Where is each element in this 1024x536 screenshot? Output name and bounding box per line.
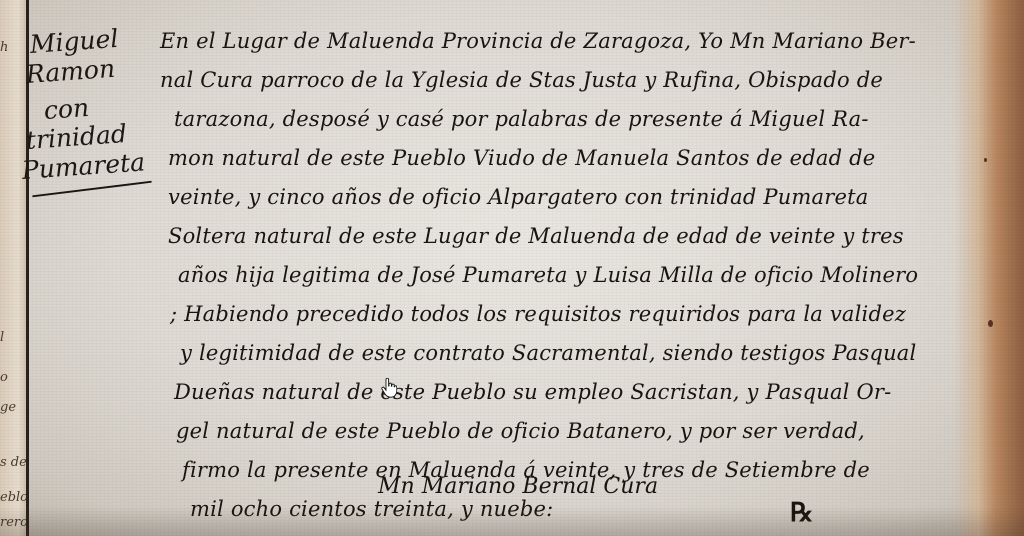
- prev-page-fragment: o: [0, 370, 8, 385]
- prev-page-fragment: h: [0, 40, 8, 55]
- record-line: Soltera natural de este Lugar de Maluend…: [160, 217, 980, 256]
- manuscript-photo: h l o ge s de eblo rero Miguel Ramon con…: [0, 0, 1024, 536]
- record-line: ; Habiendo precedido todos los requisito…: [160, 295, 980, 334]
- record-line: gel natural de este Pueblo de oficio Bat…: [160, 412, 980, 451]
- prev-page-fragment: rero: [0, 515, 28, 530]
- ink-spot: [988, 320, 993, 327]
- ink-spot: [984, 158, 987, 162]
- record-line: Dueñas natural de este Pueblo su empleo …: [160, 373, 980, 412]
- record-line: tarazona, desposé y casé por palabras de…: [160, 100, 980, 139]
- priest-signature: Mn Mariano Bernal Cura: [378, 474, 658, 499]
- prev-page-fragment: ge: [0, 400, 16, 415]
- record-line: años hija legitima de José Pumareta y Lu…: [160, 256, 980, 295]
- prev-page-fragment: s de: [0, 455, 27, 470]
- record-line: mon natural de este Pueblo Viudo de Manu…: [160, 139, 980, 178]
- record-line: y legitimidad de este contrato Sacrament…: [160, 334, 980, 373]
- record-line: En el Lugar de Maluenda Provincia de Zar…: [160, 22, 980, 61]
- record-line: veinte, y cinco años de oficio Alpargate…: [160, 178, 980, 217]
- prev-page-fragment: l: [0, 330, 4, 345]
- record-body: En el Lugar de Maluenda Provincia de Zar…: [160, 22, 980, 529]
- prev-page-fragment: eblo: [0, 490, 28, 505]
- record-line: nal Cura parroco de la Yglesia de Stas J…: [160, 61, 980, 100]
- margin-note: Miguel Ramon con trinidad Pumareta: [18, 30, 158, 190]
- signature-rubric: ℞: [790, 498, 813, 528]
- hand-pointer-cursor-icon: [381, 378, 397, 398]
